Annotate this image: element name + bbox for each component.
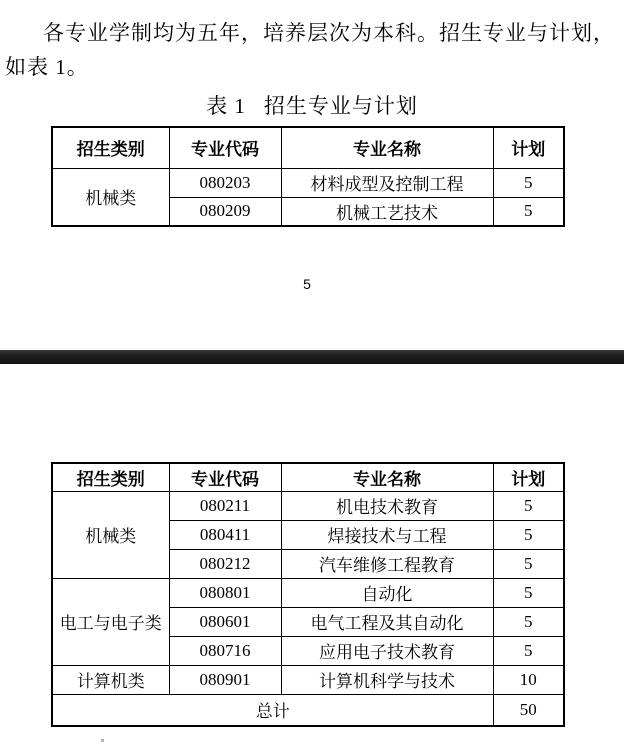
major-code-cell: 080601 (169, 607, 281, 636)
plan-cell: 5 (493, 607, 564, 636)
table-caption-title: 招生专业与计划 (264, 94, 418, 118)
plan-cell: 5 (493, 168, 564, 197)
major-code-cell: 080212 (169, 549, 281, 578)
plan-cell: 5 (493, 491, 564, 520)
plan-cell: 5 (493, 520, 564, 549)
major-name-cell: 自动化 (281, 578, 493, 607)
plan-cell: 5 (493, 197, 564, 226)
major-code-cell: 080411 (169, 520, 281, 549)
major-name-cell: 机械工艺技术 (281, 197, 493, 226)
document-page: 各专业学制均为五年，培养层次为本科。招生专业与计划， 如表 1。 表 1招生专业… (0, 0, 624, 744)
page-separator-bar (0, 350, 624, 364)
major-name-cell: 机电技术教育 (281, 491, 493, 520)
category-cell: 电工与电子类 (52, 578, 169, 665)
plan-cell: 5 (493, 549, 564, 578)
body-paragraph: 各专业学制均为五年，培养层次为本科。招生专业与计划， 如表 1。 (5, 16, 620, 84)
total-label-cell: 总计 (52, 694, 493, 726)
table-caption-label: 表 1 (206, 94, 246, 118)
header-cell-category: 招生类别 (52, 127, 169, 168)
header-cell-category: 招生类别 (52, 463, 169, 491)
paragraph-line-1: 各专业学制均为五年，培养层次为本科。招生专业与计划， (5, 16, 620, 50)
major-name-cell: 汽车维修工程教育 (281, 549, 493, 578)
header-cell-name: 专业名称 (281, 463, 493, 491)
plan-cell: 5 (493, 578, 564, 607)
major-name-cell: 应用电子技术教育 (281, 636, 493, 665)
major-name-cell: 材料成型及控制工程 (281, 168, 493, 197)
table-header-row: 招生类别 专业代码 专业名称 计划 (52, 463, 564, 491)
major-name-cell: 焊接技术与工程 (281, 520, 493, 549)
table-row: 电工与电子类 080801 自动化 5 (52, 578, 564, 607)
paragraph-line-2: 如表 1。 (5, 50, 620, 84)
header-cell-code: 专业代码 (169, 127, 281, 168)
admission-table-page6: 招生类别 专业代码 专业名称 计划 机械类 080211 机电技术教育 5 08… (51, 462, 565, 727)
table-caption: 表 1招生专业与计划 (0, 90, 624, 120)
table-row: 计算机类 080901 计算机科学与技术 10 (52, 665, 564, 694)
major-code-cell: 080203 (169, 168, 281, 197)
admission-table-page5: 招生类别 专业代码 专业名称 计划 机械类 080203 材料成型及控制工程 5… (51, 126, 565, 227)
header-cell-name: 专业名称 (281, 127, 493, 168)
plan-cell: 5 (493, 636, 564, 665)
header-cell-plan: 计划 (493, 463, 564, 491)
major-name-cell: 计算机科学与技术 (281, 665, 493, 694)
major-code-cell: 080211 (169, 491, 281, 520)
page-number: 5 (0, 276, 614, 292)
header-cell-plan: 计划 (493, 127, 564, 168)
major-code-cell: 080901 (169, 665, 281, 694)
category-cell: 机械类 (52, 491, 169, 578)
major-name-cell: 电气工程及其自动化 (281, 607, 493, 636)
total-value-cell: 50 (493, 694, 564, 726)
table-row: 机械类 080211 机电技术教育 5 (52, 491, 564, 520)
category-cell: 机械类 (52, 168, 169, 226)
table-header-row: 招生类别 专业代码 专业名称 计划 (52, 127, 564, 168)
category-cell: 计算机类 (52, 665, 169, 694)
major-code-cell: 080716 (169, 636, 281, 665)
major-code-cell: 080209 (169, 197, 281, 226)
table-row: 机械类 080203 材料成型及控制工程 5 (52, 168, 564, 197)
header-cell-code: 专业代码 (169, 463, 281, 491)
plan-cell: 10 (493, 665, 564, 694)
major-code-cell: 080801 (169, 578, 281, 607)
cutoff-text-fragment (101, 739, 104, 742)
table-total-row: 总计 50 (52, 694, 564, 726)
